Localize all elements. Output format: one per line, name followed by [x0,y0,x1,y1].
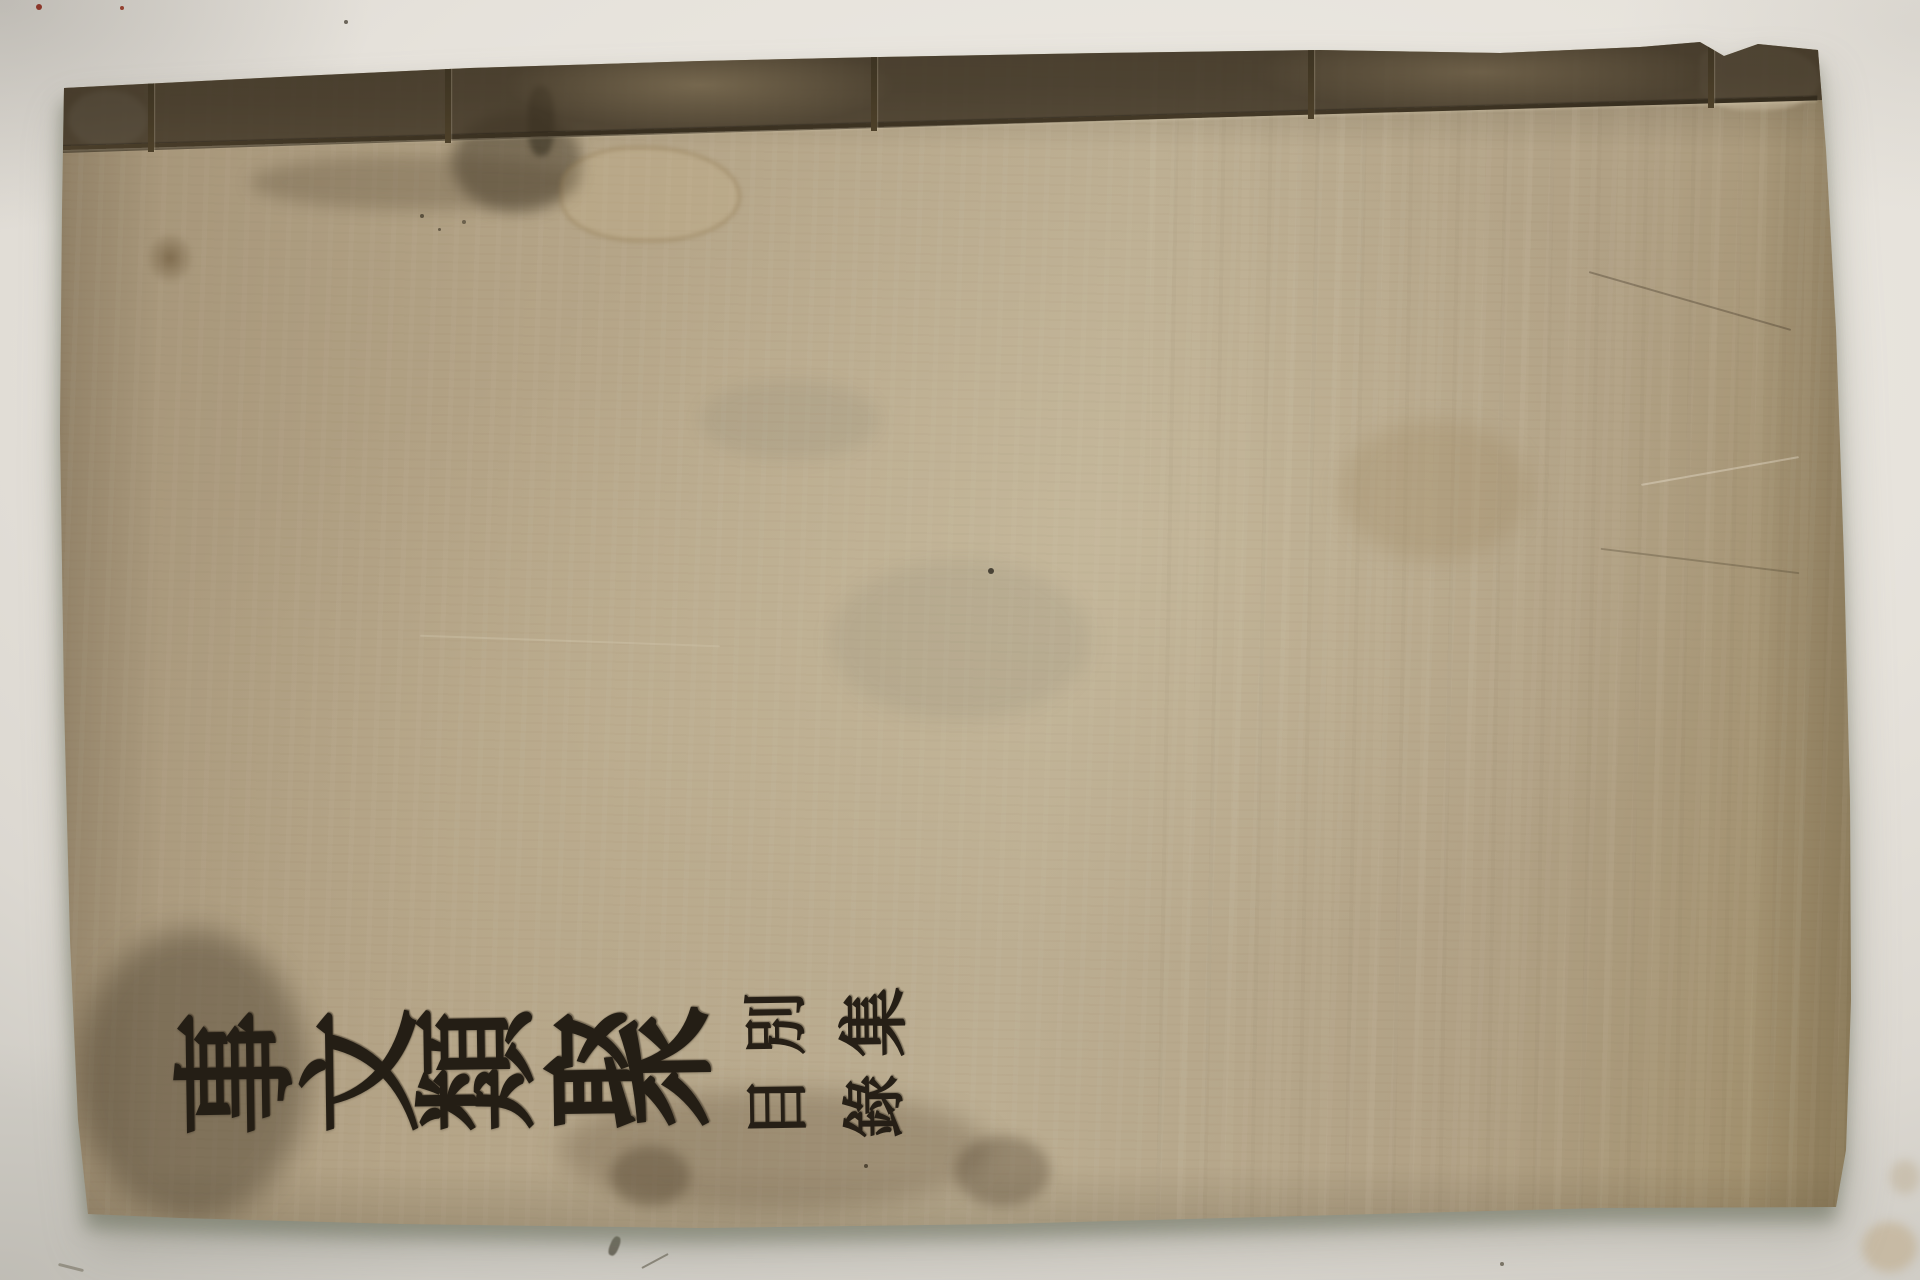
stain [700,380,880,460]
stitch-mark-5 [1708,38,1714,108]
cover-title: 事 文 類 聚 [167,976,729,1164]
stain [146,232,194,284]
stain [830,560,1090,720]
stitch-mark-3 [871,53,877,131]
paper-streaks [1150,60,1850,1220]
subtitle-character: 別 [732,977,823,1070]
photo-background: 事 文 類 聚 別 集 目 錄 [0,0,1920,1280]
stain [420,214,424,218]
stain [955,1136,1050,1206]
book-cover: 事 文 類 聚 別 集 目 錄 [0,0,1920,1280]
subtitle-character: 錄 [836,1055,915,1158]
stitch-mark-1 [148,80,154,152]
subtitle-character: 目 [739,1061,818,1154]
stain [462,220,466,224]
water-stain [560,146,741,242]
title-character: 聚 [504,971,762,1165]
stitch-mark-4 [1308,46,1314,119]
stain [250,155,580,210]
stitch-mark-2 [445,66,451,143]
cover-subtitle: 別 集 目 錄 [731,977,927,1148]
stain [438,228,441,231]
stain [1340,420,1530,560]
book: 事 文 類 聚 別 集 目 錄 [0,0,1920,1280]
